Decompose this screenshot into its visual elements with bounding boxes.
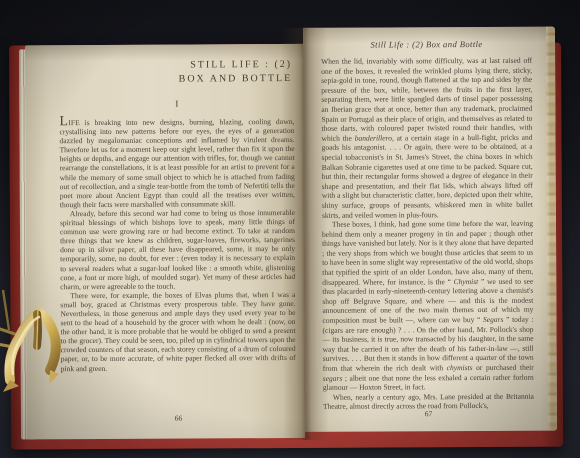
body-paragraph: There were, for example, the boxes of El… [60, 290, 295, 373]
chapter-title-line1: STILL LIFE : (2) [59, 58, 292, 73]
running-head: Still Life : (2) Box and Bottle [321, 39, 532, 50]
body-paragraph: When the lid, invariably with some diffi… [321, 56, 533, 220]
anchor-clip-icon [0, 290, 69, 406]
right-page: Still Life : (2) Box and Bottle When the… [303, 27, 557, 432]
body-paragraph: These boxes, I think, had gone some time… [322, 219, 534, 393]
chapter-title-line2: BOX AND BOTTLE [59, 72, 292, 87]
open-book: STILL LIFE : (2) BOX AND BOTTLE I LIFE i… [0, 0, 580, 458]
page-number-left: 66 [61, 413, 296, 423]
right-page-body: When the lid, invariably with some diffi… [321, 56, 534, 412]
section-numeral: I [59, 98, 294, 109]
book-photograph: STILL LIFE : (2) BOX AND BOTTLE I LIFE i… [0, 0, 580, 458]
body-paragraph: LIFE is breaking into new designs, burni… [59, 117, 294, 209]
left-page-body: LIFE is breaking into new designs, burni… [59, 117, 295, 373]
page-number-right: 67 [323, 409, 534, 419]
body-paragraph: Already, before this second war had come… [60, 208, 295, 291]
